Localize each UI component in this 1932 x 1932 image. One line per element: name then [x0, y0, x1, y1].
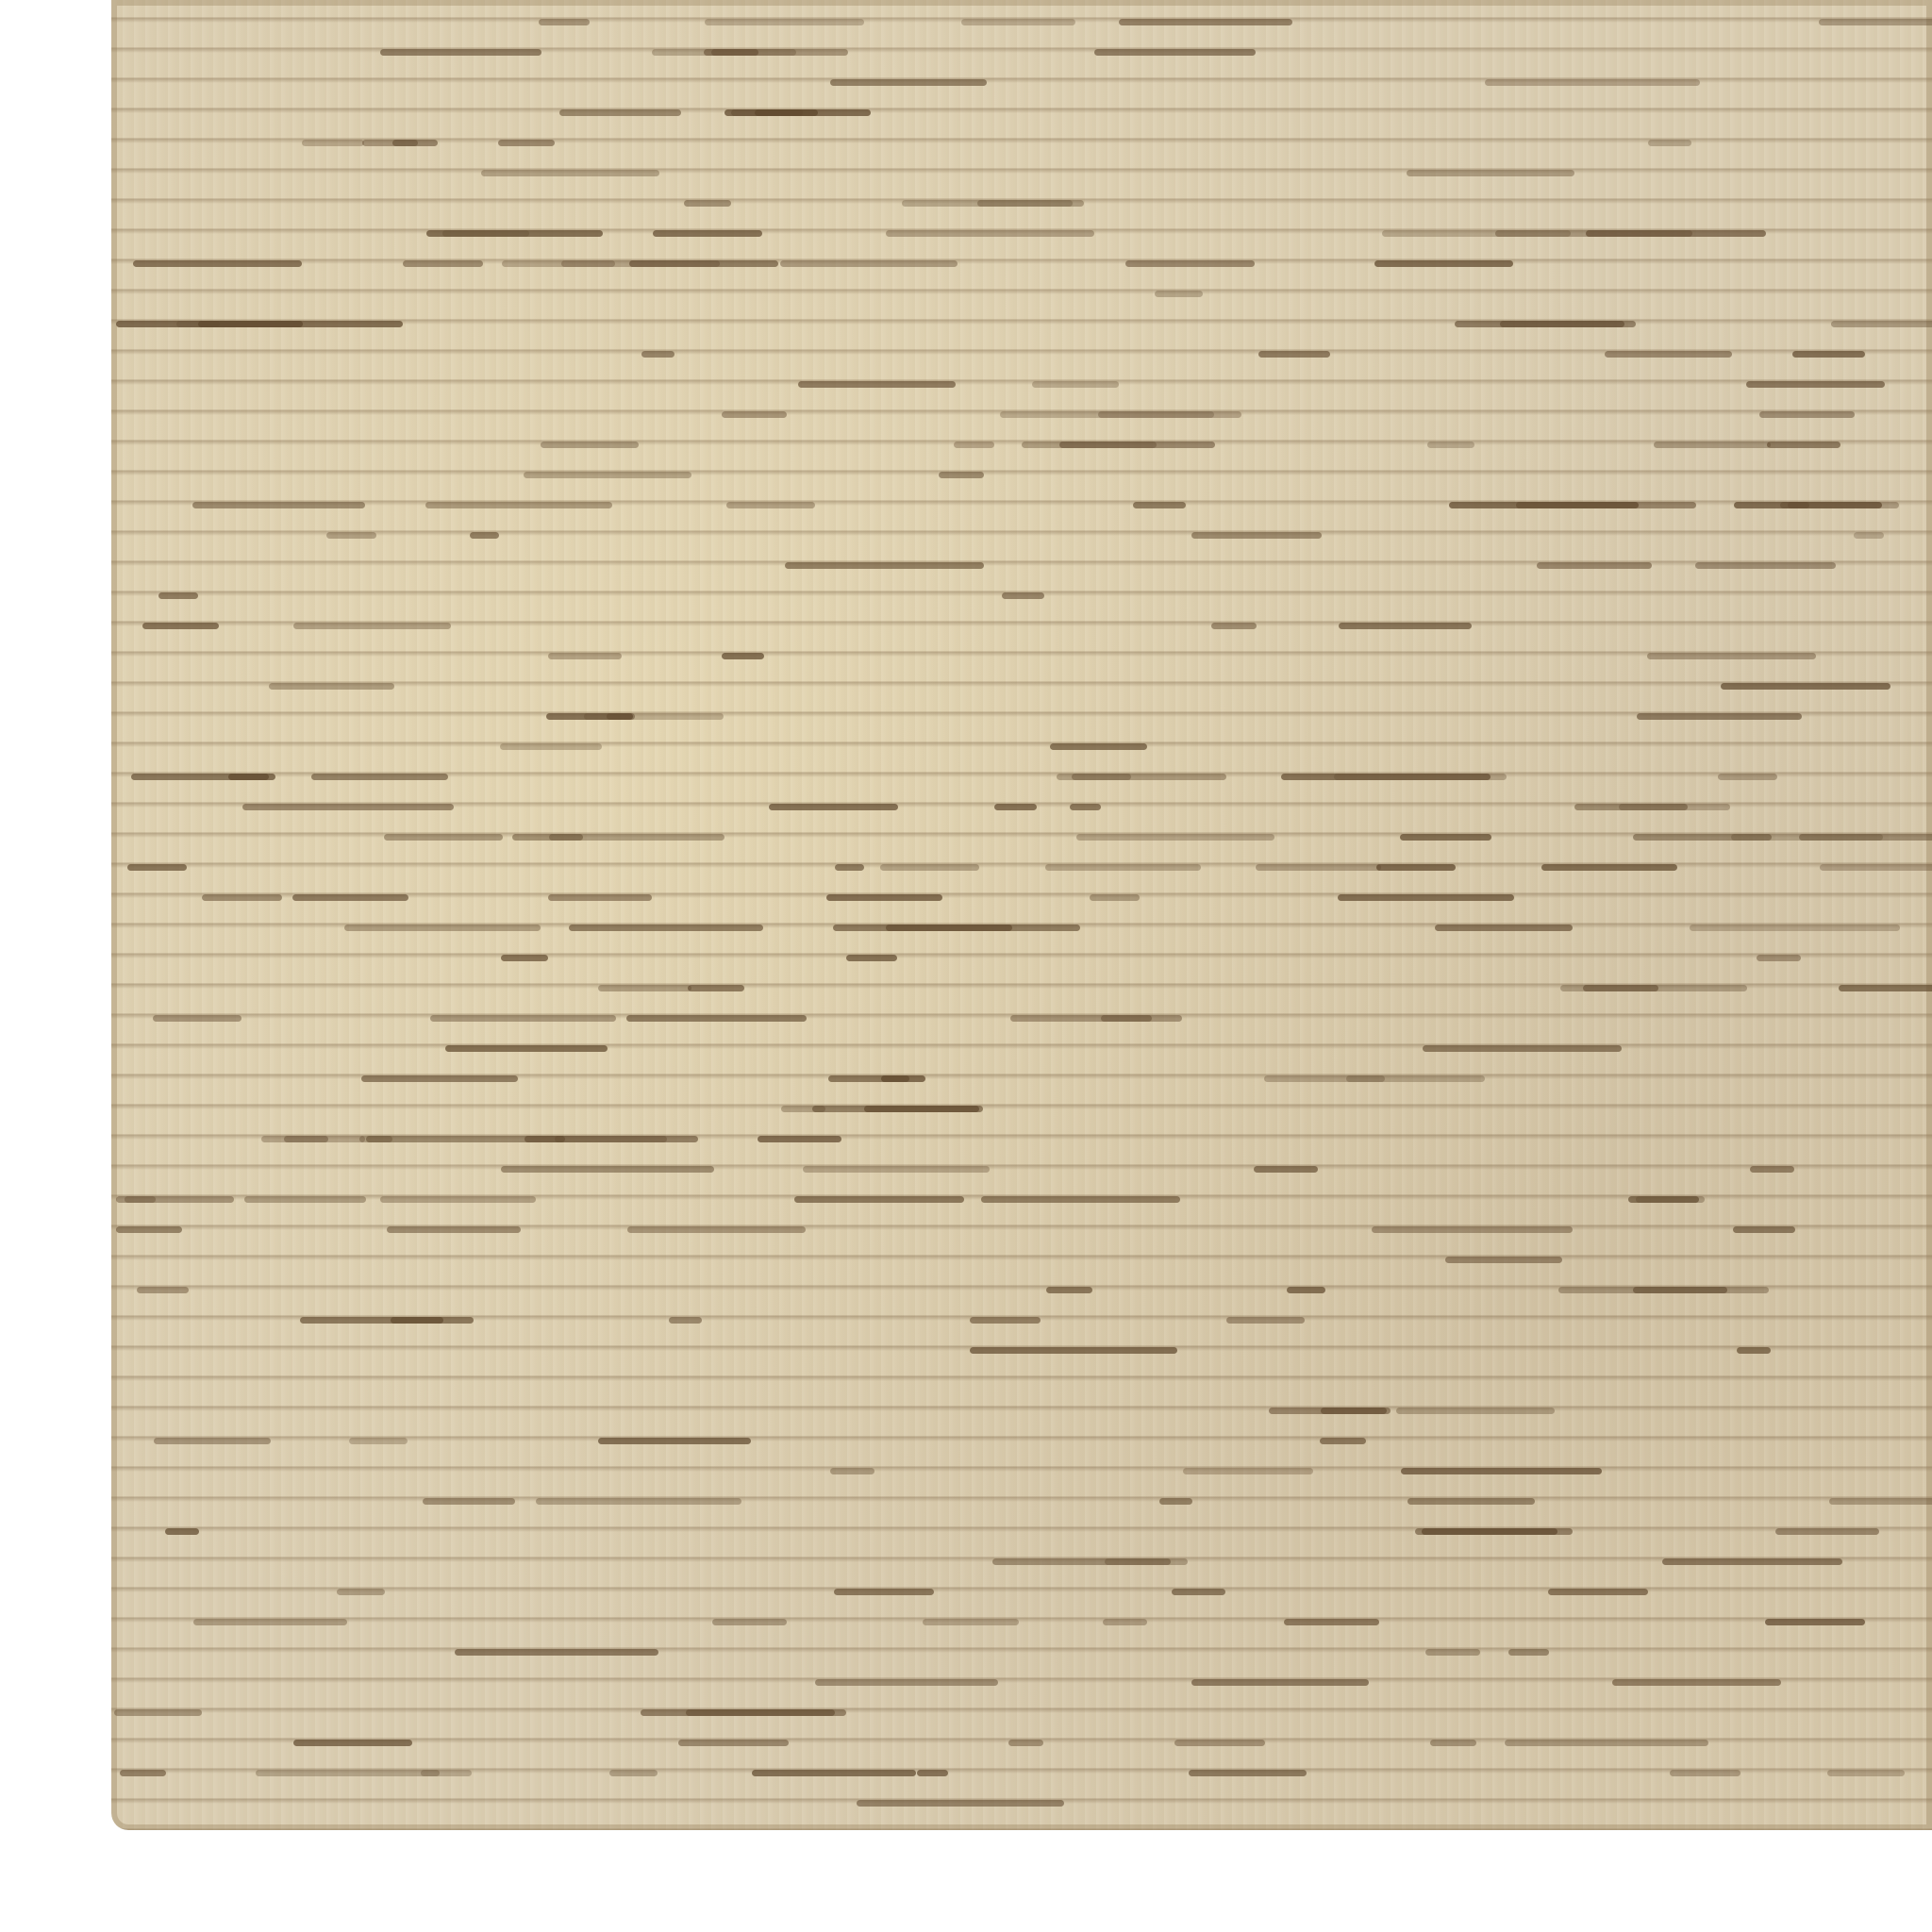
rug-dash-pattern	[1430, 1740, 1476, 1746]
rug-dash-pattern	[1382, 230, 1571, 237]
rug-dash-pattern	[798, 381, 956, 388]
rug-dash-pattern	[627, 1226, 806, 1233]
rug-dash-pattern	[1662, 1558, 1842, 1565]
rug-dash-pattern	[1541, 864, 1677, 871]
rug-dash-pattern	[256, 1770, 440, 1776]
rug-dash-pattern	[1435, 924, 1573, 931]
rug-dash-pattern	[1256, 864, 1381, 871]
rug-dash-pattern	[688, 985, 744, 991]
rug-dash-pattern	[834, 1589, 934, 1595]
rug-dash-pattern	[1516, 502, 1696, 508]
rug-dash-pattern	[954, 441, 994, 448]
rug-dash-pattern	[1046, 1287, 1092, 1293]
rug-dash-pattern	[1002, 592, 1044, 599]
rug-dash-pattern	[1670, 1770, 1740, 1776]
rug-dash-pattern	[1827, 1770, 1905, 1776]
rug-dash-pattern	[133, 260, 302, 267]
rug-dash-pattern	[269, 683, 394, 690]
rug-dash-pattern	[202, 894, 282, 901]
rug-dash-pattern	[384, 834, 503, 841]
rug-dash-pattern	[1189, 1770, 1307, 1776]
rug-dash-pattern	[1372, 1226, 1573, 1233]
rug-dash-pattern	[1320, 1438, 1366, 1444]
rug-dash-pattern	[1346, 1075, 1485, 1082]
rug-dash-pattern	[445, 1045, 608, 1052]
rug-dash-pattern	[1191, 532, 1322, 539]
rug-dash-pattern	[902, 200, 1073, 207]
rug-dash-pattern	[548, 653, 622, 659]
rug-dash-pattern	[1537, 562, 1652, 569]
rug-dash-pattern	[1407, 170, 1574, 176]
rug-dash-pattern	[1759, 411, 1855, 418]
rug-dash-pattern	[1455, 321, 1624, 327]
rug-dash-pattern	[780, 260, 958, 267]
rug-dash-pattern	[1548, 1589, 1648, 1595]
rug-dash-pattern	[481, 170, 659, 176]
rug-dash-pattern	[1721, 683, 1890, 690]
rug-dash-pattern	[300, 1317, 474, 1324]
rug-dash-pattern	[669, 1317, 702, 1324]
rug-dash-pattern	[1654, 441, 1771, 448]
rug-dash-pattern	[1558, 1287, 1769, 1293]
rug-dash-pattern	[981, 1196, 1180, 1203]
rug-dash-pattern	[1737, 1347, 1771, 1354]
rug-dash-pattern	[1269, 1407, 1391, 1414]
rug-dash-pattern	[1155, 291, 1203, 297]
rug-dash-pattern	[1133, 502, 1186, 508]
rug-dash-pattern	[626, 1015, 807, 1022]
rug-dash-pattern	[193, 1619, 347, 1625]
rug-dash-pattern	[569, 924, 763, 931]
rug-dash-pattern	[116, 1196, 234, 1203]
rug-dash-pattern	[1820, 864, 1932, 871]
rug-dash-pattern	[1000, 411, 1214, 418]
rug-dash-pattern	[886, 230, 1094, 237]
rug-dash-pattern	[1287, 1287, 1325, 1293]
rug-dash-pattern	[857, 1800, 1064, 1807]
rug-dash-pattern	[1819, 19, 1932, 25]
rug-dash-pattern	[726, 502, 815, 508]
rug-dash-pattern	[292, 894, 408, 901]
rug-dash-pattern	[724, 109, 818, 116]
rug-dash-pattern	[1094, 49, 1256, 56]
rug-dash-pattern	[584, 713, 724, 720]
rug-dash-pattern	[1211, 623, 1257, 629]
rug-dash-pattern	[192, 502, 365, 508]
rug-dash-pattern	[1090, 894, 1140, 901]
rug-dash-pattern	[1172, 1589, 1225, 1595]
rug-dash-pattern	[430, 1015, 616, 1022]
rug-dash-pattern	[1400, 834, 1491, 841]
rug-dash-pattern	[970, 1317, 1041, 1324]
rug-dash-pattern	[923, 1619, 1019, 1625]
rug-dash-pattern	[1050, 743, 1147, 750]
rug-dash-pattern	[598, 1438, 751, 1444]
rug-dash-pattern	[1757, 955, 1801, 961]
rug-dash-pattern	[1334, 774, 1507, 780]
rug-dash-pattern	[392, 140, 438, 146]
rug-dash-pattern	[1612, 1679, 1781, 1686]
rug-dash-pattern	[1647, 653, 1816, 659]
rug-dash-pattern	[116, 321, 303, 327]
rug-dash-pattern	[1338, 894, 1514, 901]
rug-dash-pattern	[1226, 1317, 1305, 1324]
rug-dash-pattern	[423, 1498, 515, 1505]
rug-dash-pattern	[403, 260, 483, 267]
rug-dash-pattern	[1010, 1015, 1182, 1022]
rug-dash-pattern	[1839, 985, 1932, 991]
rug-dash-pattern	[917, 1770, 948, 1776]
rug-dash-pattern	[1829, 1498, 1932, 1505]
rug-dash-pattern	[1339, 623, 1472, 629]
rug-dash-pattern	[1765, 1619, 1865, 1625]
rug-dash-pattern	[120, 1770, 166, 1776]
rug-dash-pattern	[293, 623, 451, 629]
rug-dash-pattern	[165, 1528, 199, 1535]
rug-dash-pattern	[142, 623, 219, 629]
rug-dash-pattern	[425, 502, 612, 508]
rug-dash-pattern	[1648, 140, 1691, 146]
rug-dash-pattern	[758, 1136, 841, 1142]
rug-dash-pattern	[704, 49, 758, 56]
rug-dash-pattern	[785, 562, 984, 569]
rug-dash-pattern	[1788, 502, 1899, 508]
rug-dash-pattern	[559, 109, 681, 116]
rug-dash-pattern	[1731, 834, 1883, 841]
rug-dash-pattern	[1174, 1740, 1265, 1746]
rug-dash-pattern	[512, 834, 583, 841]
rug-dash-pattern	[244, 1196, 366, 1203]
rug-dash-pattern	[1583, 985, 1658, 991]
rug-dash-pattern	[293, 1740, 412, 1746]
rug-dash-pattern	[1423, 1045, 1622, 1052]
rug-dash-pattern	[686, 1709, 846, 1716]
rug-dash-pattern	[524, 472, 691, 478]
rug-dash-pattern	[1159, 1498, 1192, 1505]
rug-dash-pattern	[1445, 1257, 1562, 1263]
rug-dash-pattern	[1258, 351, 1330, 358]
rug-dash-pattern	[835, 864, 864, 871]
rug-dash-pattern	[387, 1226, 521, 1233]
rug-dash-pattern	[137, 1287, 189, 1293]
rug-dash-pattern	[830, 79, 987, 86]
rug-dash-pattern	[421, 1770, 472, 1776]
rug-dash-pattern	[1070, 804, 1101, 810]
rug-dash-pattern	[722, 653, 764, 659]
rug-photo	[111, 0, 1932, 1830]
rug-dash-pattern	[1775, 1528, 1879, 1535]
rug-dash-pattern	[500, 743, 602, 750]
rug-dash-pattern	[961, 19, 1075, 25]
rug-dash-pattern	[598, 985, 691, 991]
rug-dash-pattern	[609, 1770, 658, 1776]
rug-dash-pattern	[880, 864, 979, 871]
rug-dash-pattern	[1284, 1619, 1379, 1625]
rug-dash-pattern	[380, 1196, 536, 1203]
rug-dash-pattern	[131, 774, 269, 780]
rug-dash-pattern	[684, 200, 731, 207]
rug-dash-pattern	[769, 804, 898, 810]
rug-dash-pattern	[1508, 1649, 1549, 1656]
rug-dash-pattern	[970, 1347, 1177, 1354]
rug-dash-pattern	[344, 924, 541, 931]
rug-dash-pattern	[752, 1770, 916, 1776]
rug-dash-pattern	[1586, 230, 1766, 237]
rug-dash-pattern	[242, 804, 454, 810]
rug-dash-pattern	[361, 1075, 518, 1082]
rug-dash-pattern	[1718, 774, 1777, 780]
rug-dash-pattern	[1191, 1679, 1369, 1686]
rug-dash-pattern	[1415, 1528, 1573, 1535]
rug-dash-pattern	[781, 1106, 825, 1112]
rug-dash-pattern	[1505, 1740, 1708, 1746]
rug-dash-pattern	[326, 532, 376, 539]
rug-dash-pattern	[1750, 1166, 1794, 1173]
rug-dash-pattern	[501, 1166, 714, 1173]
rug-dash-pattern	[1008, 1740, 1043, 1746]
rug-dash-pattern	[302, 140, 364, 146]
rug-dash-pattern	[1746, 381, 1885, 388]
rug-dash-pattern	[815, 1679, 998, 1686]
rug-dash-pattern	[127, 864, 187, 871]
rug-dash-pattern	[1485, 79, 1700, 86]
rug-dash-pattern	[359, 1136, 392, 1142]
rug-dash-pattern	[641, 351, 675, 358]
rug-dash-pattern	[1183, 1468, 1313, 1474]
rug-dash-pattern	[1032, 381, 1119, 388]
rug-dash-pattern	[525, 1136, 698, 1142]
rug-dash-pattern	[1125, 260, 1255, 267]
rug-dash-pattern	[311, 774, 448, 780]
rug-dash-pattern	[881, 1075, 925, 1082]
rug-dash-pattern	[116, 1226, 182, 1233]
rug-dash-pattern	[1076, 834, 1274, 841]
rug-dash-pattern	[794, 1196, 964, 1203]
rug-dash-pattern	[1690, 924, 1900, 931]
rug-dash-pattern	[539, 19, 590, 25]
rug-dash-pattern	[705, 19, 864, 25]
rug-dash-pattern	[536, 1498, 741, 1505]
rug-dash-pattern	[939, 472, 984, 478]
rug-dash-pattern	[284, 1136, 328, 1142]
rug-dash-pattern	[1792, 351, 1865, 358]
rug-dash-pattern	[337, 1589, 385, 1595]
rug-dash-pattern	[455, 1649, 658, 1656]
rug-dash-pattern	[1401, 1468, 1602, 1474]
rug-dash-pattern	[1637, 713, 1802, 720]
rug-dash-pattern	[114, 1709, 202, 1716]
rug-dash-pattern	[548, 894, 652, 901]
rug-dash-pattern	[833, 924, 1012, 931]
rug-dash-pattern	[153, 1015, 241, 1022]
rug-dash-pattern	[1254, 1166, 1318, 1173]
rug-dash-pattern	[154, 1438, 271, 1444]
rug-dash-pattern	[158, 592, 198, 599]
rug-dash-pattern	[1119, 19, 1292, 25]
rug-dash-pattern	[1045, 864, 1201, 871]
rug-dash-pattern	[1695, 562, 1836, 569]
rug-dash-pattern	[803, 1166, 990, 1173]
rug-dash-pattern	[1425, 1649, 1480, 1656]
rug-dash-pattern	[349, 1438, 408, 1444]
rug-dash-pattern	[498, 140, 555, 146]
rug-dash-pattern	[1767, 441, 1840, 448]
rug-dash-pattern	[501, 955, 548, 961]
rug-dash-pattern	[1636, 1196, 1705, 1203]
rug-dash-pattern	[1733, 1226, 1795, 1233]
rug-dash-pattern	[864, 1106, 979, 1112]
rug-dash-pattern	[1057, 774, 1131, 780]
rug-dash-pattern	[846, 955, 897, 961]
rug-dash-pattern	[1376, 864, 1456, 871]
rug-dash-pattern	[380, 49, 541, 56]
rug-dash-pattern	[1103, 1619, 1147, 1625]
rug-dash-pattern	[1407, 1498, 1535, 1505]
rug-dash-pattern	[1396, 1407, 1555, 1414]
rug-dash-pattern	[1059, 441, 1215, 448]
rug-dash-pattern	[1605, 351, 1732, 358]
rug-dash-pattern	[722, 411, 787, 418]
rug-dash-pattern	[653, 230, 762, 237]
rug-dash-pattern	[1427, 441, 1474, 448]
rug-dash-pattern	[541, 441, 639, 448]
rug-dash-pattern	[561, 260, 720, 267]
rug-dash-pattern	[826, 894, 942, 901]
rug-dash-pattern	[1619, 804, 1730, 810]
rug-dash-pattern	[470, 532, 499, 539]
rug-dash-pattern	[426, 230, 603, 237]
rug-dash-pattern	[1831, 321, 1932, 327]
rug-dash-pattern	[994, 804, 1037, 810]
rug-dash-pattern	[678, 1740, 789, 1746]
rug-dash-pattern	[1854, 532, 1884, 539]
rug-dash-pattern	[1374, 260, 1513, 267]
rug-dash-pattern	[992, 1558, 1171, 1565]
rug-dash-pattern	[830, 1468, 874, 1474]
rug-dash-pattern	[712, 1619, 787, 1625]
